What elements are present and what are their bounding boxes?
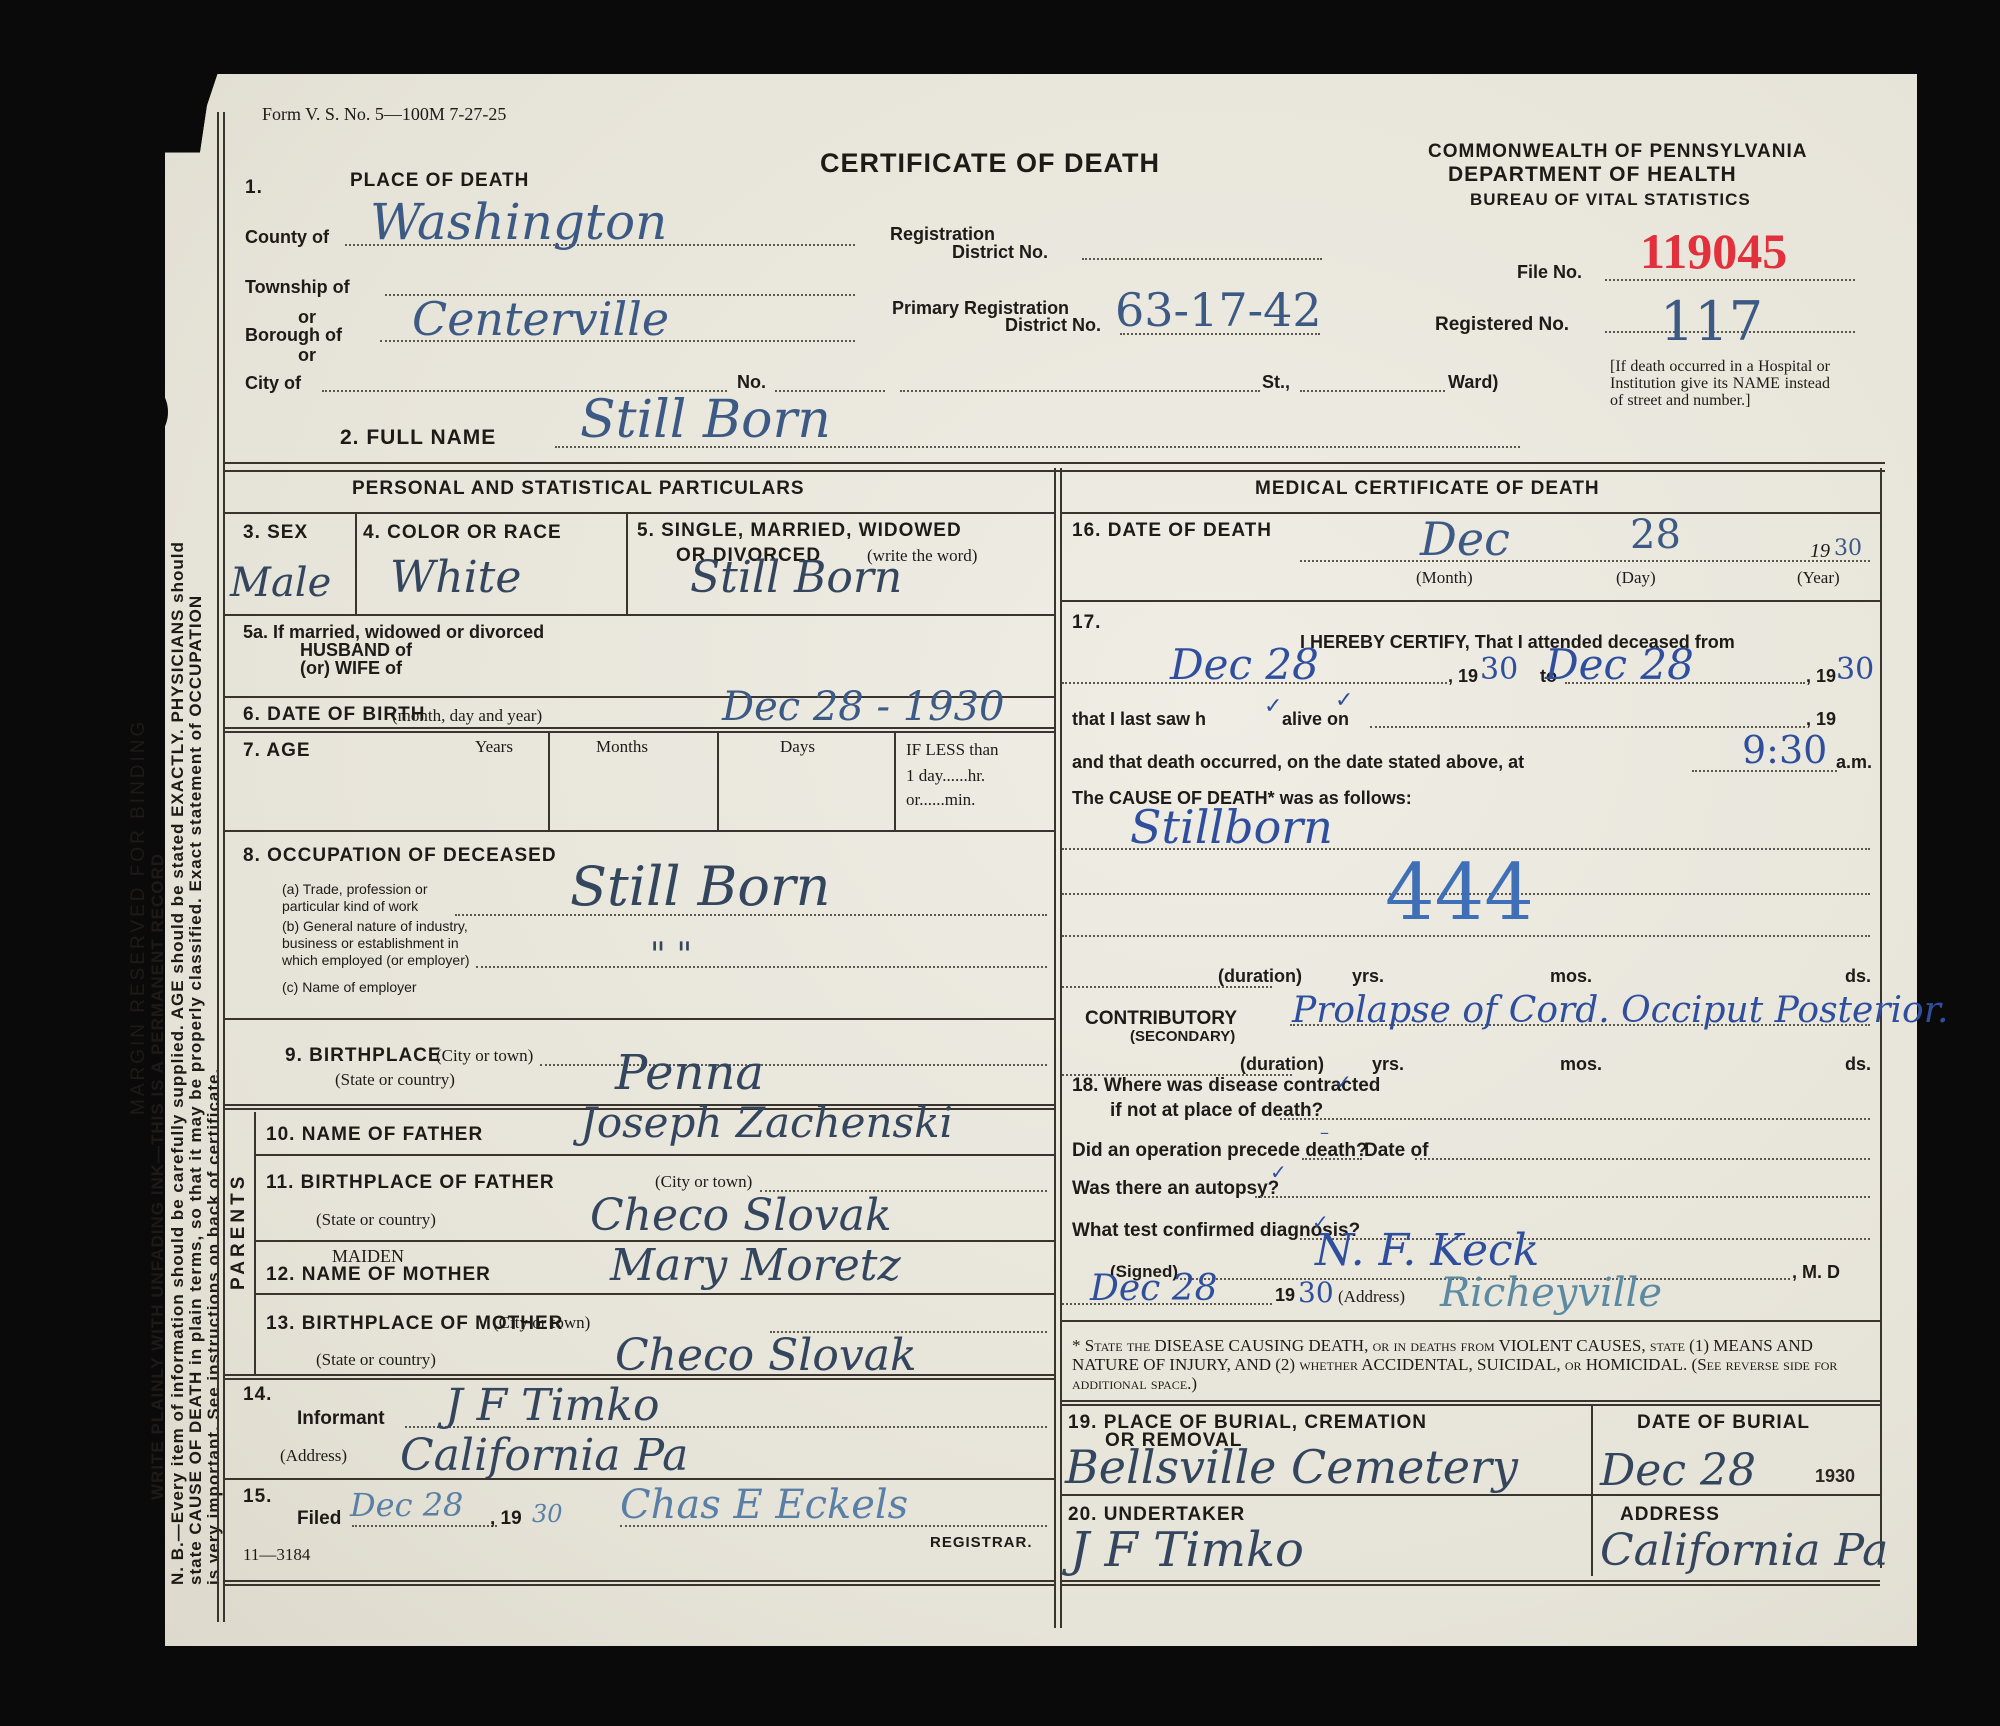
age-months-label: Months — [596, 737, 648, 757]
autopsy-mark[interactable]: ✓ — [1270, 1160, 1287, 1184]
cause-code[interactable]: 444 — [1385, 848, 1534, 938]
birthplace-label: 9. BIRTHPLACE — [285, 1045, 442, 1067]
reg-district-label-2: District No. — [952, 242, 1048, 263]
attended-from-value[interactable]: Dec 28 — [1170, 640, 1319, 689]
undertaker-value[interactable]: J F Timko — [1070, 1522, 1304, 1578]
occupation-a-value[interactable]: Still Born — [570, 855, 830, 918]
alive-on-mark[interactable]: ✓ — [1335, 688, 1353, 713]
dod-year[interactable]: 30 — [1834, 536, 1862, 561]
dob-value[interactable]: Dec 28 - 1930 — [722, 684, 1005, 730]
race-label: 4. COLOR OR RACE — [363, 522, 562, 544]
occupation-b-label: (b) General nature of industry, business… — [282, 918, 472, 969]
bottom-divider-right — [1062, 1580, 1880, 1586]
last-saw-mark[interactable]: ✓ — [1264, 694, 1282, 719]
age-col-3 — [894, 732, 896, 830]
parents-col-divider — [254, 1112, 256, 1374]
filed-date-line — [352, 1525, 497, 1527]
informant-address-value[interactable]: California Pa — [400, 1430, 688, 1481]
burial-rule — [1062, 1494, 1880, 1496]
contracted-mark[interactable]: ✓ — [1335, 1070, 1352, 1094]
agency-line-3: BUREAU OF VITAL STATISTICS — [1470, 190, 1751, 210]
mother-bp-city-hint: (City or town) — [493, 1313, 590, 1333]
birthplace-city-hint: (City or town) — [436, 1046, 533, 1066]
age-less-3: or......min. — [906, 790, 975, 810]
cause-footnote: * State the DISEASE CAUSING DEATH, or in… — [1072, 1336, 1872, 1393]
occupation-c-label: (c) Name of employer — [282, 979, 417, 995]
burial-col-divider — [1591, 1406, 1593, 1576]
margin-rule-2 — [223, 112, 225, 1622]
autopsy-label: Was there an autopsy? — [1072, 1178, 1279, 1200]
death-time[interactable]: 9:30 — [1742, 728, 1827, 772]
medical-rule-3 — [1062, 1400, 1880, 1406]
mos-label-1: mos. — [1550, 966, 1592, 987]
informant-value[interactable]: J F Timko — [445, 1380, 659, 1431]
registered-no-value[interactable]: 117 — [1660, 290, 1763, 353]
mother-bp-state-hint: (State or country) — [316, 1350, 436, 1370]
county-value[interactable]: Washington — [370, 193, 667, 251]
physician-address-value[interactable]: Richeyville — [1440, 1270, 1662, 1316]
dob-hint: (month, day and year) — [392, 706, 542, 726]
informant-number: 14. — [243, 1384, 272, 1406]
attended-from-year[interactable]: 30 — [1480, 652, 1518, 687]
punch-hole-top — [118, 382, 168, 442]
parents-side-label: PARENTS — [228, 1173, 250, 1290]
filed-number: 15. — [243, 1486, 272, 1508]
hospital-note: [If death occurred in a Hospital or Inst… — [1610, 358, 1830, 409]
medical-rule-1 — [1062, 600, 1880, 602]
attended-to-year-prefix: , 19 — [1806, 666, 1836, 687]
street-label: St., — [1262, 372, 1290, 393]
or-label-2: or — [298, 345, 316, 366]
township-label: Township of — [245, 277, 350, 298]
race-col-divider — [626, 514, 628, 614]
dod-line — [1300, 560, 1870, 562]
place-heading: PLACE OF DEATH — [350, 170, 529, 192]
medical-heading: MEDICAL CERTIFICATE OF DEATH — [1255, 478, 1600, 500]
father-bp-label: 11. BIRTHPLACE OF FATHER — [266, 1172, 555, 1194]
father-bp-state-hint: (State or country) — [316, 1210, 436, 1230]
ward-label: Ward) — [1448, 372, 1498, 393]
informant-label: Informant — [297, 1408, 385, 1430]
dod-day[interactable]: 28 — [1630, 512, 1681, 558]
operation-mark[interactable]: – — [1320, 1122, 1329, 1143]
contributory-value[interactable]: Prolapse of Cord. Occiput Posterior. — [1292, 990, 1948, 1031]
occurred-label: and that death occurred, on the date sta… — [1072, 752, 1524, 773]
primary-district-value[interactable]: 63-17-42 — [1115, 283, 1322, 337]
margin-line-4: state CAUSE OF DEATH in plain terms, so … — [186, 595, 206, 1585]
burial-place-value[interactable]: Bellsville Cemetery — [1065, 1440, 1518, 1494]
burial-date-value[interactable]: Dec 28 — [1600, 1445, 1756, 1496]
sex-col-divider — [355, 514, 357, 614]
operation-line — [1302, 1158, 1362, 1160]
ds-label-1: ds. — [1845, 966, 1871, 987]
parents-rule-3 — [255, 1293, 1055, 1295]
duration-label-2: (duration) — [1240, 1054, 1324, 1075]
registered-no-label: Registered No. — [1435, 314, 1569, 336]
occupation-a-label: (a) Trade, profession or particular kind… — [282, 881, 462, 915]
ward-line — [1300, 390, 1445, 392]
alive-year-prefix: , 19 — [1806, 709, 1836, 730]
secondary-label: (SECONDARY) — [1130, 1028, 1235, 1045]
print-code: 11—3184 — [243, 1545, 310, 1565]
cause-value[interactable]: Stillborn — [1130, 800, 1333, 854]
contracted-line — [1280, 1118, 1870, 1120]
place-number: 1. — [245, 177, 263, 199]
spouse-label-3: (or) WIFE of — [300, 658, 402, 679]
certificate-title: CERTIFICATE OF DEATH — [820, 148, 1160, 179]
filed-year-prefix: , 19 — [490, 1508, 522, 1530]
filed-date-value[interactable]: Dec 28 — [350, 1486, 463, 1524]
yrs-label-1: yrs. — [1352, 966, 1384, 987]
informant-rule — [225, 1478, 1055, 1480]
row-rule-4 — [225, 830, 1055, 832]
age-less-2: 1 day......hr. — [906, 766, 985, 786]
yrs-label-2: yrs. — [1372, 1054, 1404, 1075]
ds-label-2: ds. — [1845, 1054, 1871, 1075]
personal-heading: PERSONAL AND STATISTICAL PARTICULARS — [352, 478, 805, 500]
row-rule-3 — [225, 727, 1055, 733]
agency-line-2: DEPARTMENT OF HEALTH — [1448, 163, 1737, 187]
agency-line-1: COMMONWEALTH OF PENNSYLVANIA — [1428, 141, 1807, 163]
father-value[interactable]: Joseph Zachenski — [580, 1098, 953, 1147]
dod-month[interactable]: Dec — [1420, 512, 1510, 566]
undertaker-address-value[interactable]: California Pa — [1600, 1525, 1888, 1576]
margin-binding-text: MARGIN RESERVED FOR BINDING — [128, 719, 150, 1115]
parents-rule-1 — [255, 1154, 1055, 1156]
last-saw-label: that I last saw h — [1072, 709, 1206, 730]
time-suffix: a.m. — [1836, 752, 1872, 773]
street-line — [900, 390, 1260, 392]
borough-value[interactable]: Centerville — [412, 292, 669, 346]
marital-label-1: 5. SINGLE, MARRIED, WIDOWED — [637, 520, 962, 542]
burial-date-label: DATE OF BURIAL — [1637, 1412, 1810, 1434]
birthplace-value[interactable]: Penna — [615, 1045, 764, 1101]
contributory-label: CONTRIBUTORY — [1085, 1008, 1237, 1030]
informant-address-label: (Address) — [280, 1446, 347, 1466]
cause-line-3 — [1062, 935, 1870, 937]
attended-to-year[interactable]: 30 — [1836, 652, 1874, 687]
physician-address-label: (Address) — [1338, 1287, 1405, 1307]
duration-label-1: (duration) — [1218, 966, 1302, 987]
alive-on-line — [1370, 726, 1805, 728]
full-name-label: 2. FULL NAME — [340, 426, 496, 450]
physician-signature[interactable]: N. F. Keck — [1315, 1225, 1539, 1276]
signed-year-value[interactable]: 30 — [1298, 1276, 1334, 1309]
sex-value[interactable]: Male — [230, 560, 331, 606]
mos-label-2: mos. — [1560, 1054, 1602, 1075]
autopsy-line — [1255, 1196, 1870, 1198]
sex-label: 3. SEX — [243, 522, 308, 544]
father-bp-city-hint: (City or town) — [655, 1172, 752, 1192]
margin-line-3: N. B.—Every item of information should b… — [168, 541, 188, 1585]
county-label: County of — [245, 227, 329, 248]
age-col-1 — [548, 732, 550, 830]
dod-label: 16. DATE OF DEATH — [1072, 520, 1272, 542]
dod-year-hint: (Year) — [1797, 568, 1840, 588]
marital-value[interactable]: Still Born — [690, 552, 902, 603]
column-divider-2 — [1060, 468, 1062, 1628]
birthplace-state-hint: (State or country) — [335, 1070, 455, 1090]
file-no-label: File No. — [1517, 262, 1582, 283]
bottom-divider-left — [225, 1580, 1055, 1586]
md-label: , M. D — [1792, 1262, 1840, 1283]
margin-rule — [217, 112, 219, 1622]
operation-date-line — [1415, 1158, 1870, 1160]
filed-label: Filed — [297, 1508, 341, 1530]
father-bp-value[interactable]: Checo Slovak — [590, 1190, 892, 1241]
dod-year-prefix: 19 — [1810, 540, 1830, 563]
row-rule-1 — [225, 614, 1055, 616]
form-id: Form V. S. No. 5—100M 7-27-25 — [262, 104, 506, 125]
city-label: City of — [245, 373, 301, 394]
age-label: 7. AGE — [243, 740, 311, 762]
margin-line-2: WRITE PLAINLY WITH UNFADING INK—THIS IS … — [148, 853, 168, 1500]
occupation-b-value[interactable]: " " — [650, 935, 692, 975]
mother-label: 12. NAME OF MOTHER — [266, 1264, 491, 1286]
registrar-signature[interactable]: Chas E Eckels — [620, 1482, 908, 1528]
occupation-label: 8. OCCUPATION OF DECEASED — [243, 845, 557, 867]
margin-line-5: is very important. See instructions on b… — [204, 1068, 224, 1585]
borough-label: Borough of — [245, 325, 342, 346]
row-rule-5 — [225, 1018, 1055, 1020]
medical-rule-2 — [1062, 1320, 1880, 1322]
dod-month-hint: (Month) — [1416, 568, 1473, 588]
father-label: 10. NAME OF FATHER — [266, 1124, 483, 1146]
file-number-stamp: 119045 — [1640, 222, 1787, 280]
filed-year-value[interactable]: 30 — [532, 1500, 563, 1528]
reg-district-line — [1082, 258, 1322, 260]
age-less-1: IF LESS than — [906, 740, 999, 760]
mother-value[interactable]: Mary Moretz — [610, 1240, 901, 1291]
personal-heading-rule — [225, 512, 1055, 514]
attended-to-value[interactable]: Dec 28 — [1545, 640, 1694, 689]
primary-reg-label-2: District No. — [1005, 315, 1101, 336]
age-years-label: Years — [475, 737, 513, 757]
column-divider — [1054, 468, 1056, 1628]
occupation-b-line — [476, 966, 1047, 968]
signed-year-prefix: 19 — [1275, 1285, 1295, 1306]
full-name-value[interactable]: Still Born — [580, 390, 831, 450]
cert-number: 17. — [1072, 612, 1101, 634]
undertaker-address-label: ADDRESS — [1620, 1504, 1720, 1526]
age-days-label: Days — [780, 737, 815, 757]
attended-from-year-prefix: , 19 — [1448, 666, 1478, 687]
signed-date-value[interactable]: Dec 28 — [1090, 1268, 1218, 1309]
race-value[interactable]: White — [390, 552, 521, 603]
dod-day-hint: (Day) — [1616, 568, 1656, 588]
registrar-label: REGISTRAR. — [930, 1534, 1033, 1551]
burial-year-value[interactable]: 1930 — [1815, 1466, 1855, 1487]
age-col-2 — [717, 732, 719, 830]
